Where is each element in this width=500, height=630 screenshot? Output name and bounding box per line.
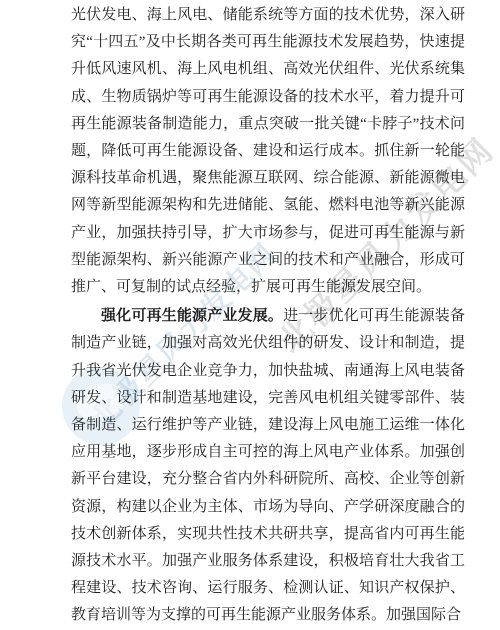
document-page: 北极星风力发电网 北极星风力发电网 光伏发电、海上风电、储能系统等方面的技术优势… — [0, 0, 500, 630]
paragraph-text: 进一步优化可再生能源装备制造产业链，加强对高效光伏组件的研发、设计和制造，提升我… — [71, 308, 465, 623]
paragraph-text: 光伏发电、海上风电、储能系统等方面的技术优势，深入研究“十四五”及中长期各类可再… — [71, 7, 465, 295]
paragraph-lead-bold-phrase: 强化可再生能源产业发展。 — [101, 308, 283, 324]
document-text-block: 光伏发电、海上风电、储能系统等方面的技术优势，深入研究“十四五”及中长期各类可再… — [71, 2, 465, 630]
paragraph-industry-development: 强化可再生能源产业发展。进一步优化可再生能源装备制造产业链，加强对高效光伏组件的… — [71, 303, 465, 629]
paragraph-continuation: 光伏发电、海上风电、储能系统等方面的技术优势，深入研究“十四五”及中长期各类可再… — [71, 2, 465, 301]
